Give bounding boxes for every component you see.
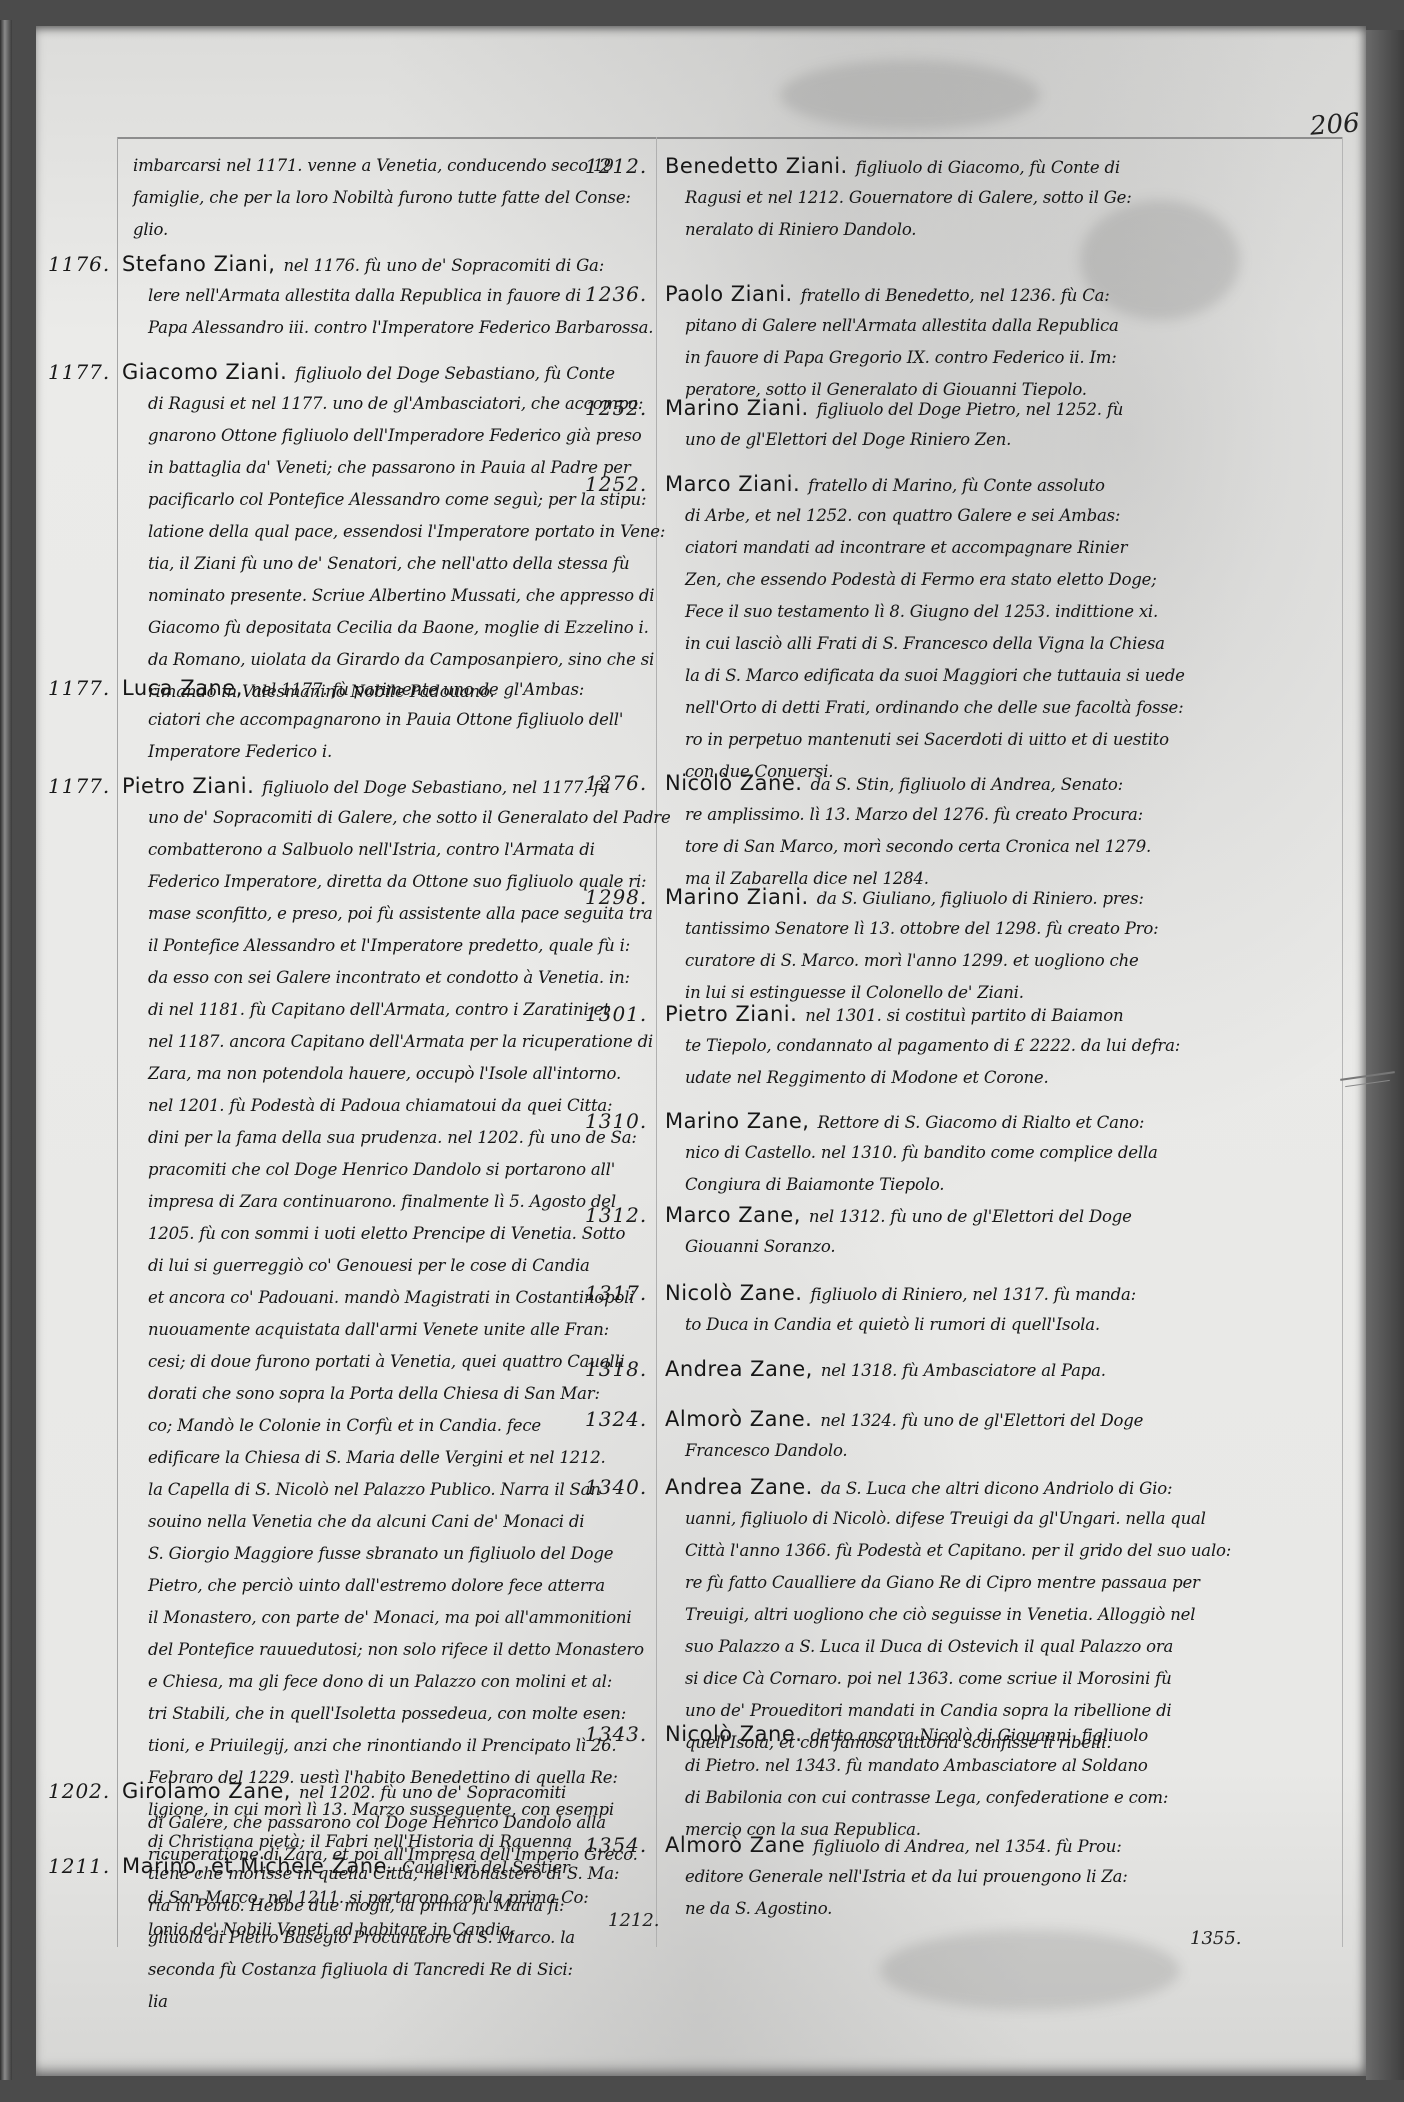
- catchword-right: 1355.: [1190, 1928, 1242, 1949]
- entry-year: 1177.: [48, 360, 110, 384]
- page-right-shadow: [1366, 30, 1404, 2080]
- entry-year: 1301.: [585, 1002, 647, 1026]
- entry-text: Pietro Ziani.nel 1301. si costituì parti…: [665, 998, 1180, 1094]
- line-text: nel 1324. fù uno de gl'Elettori del Doge: [820, 1411, 1143, 1430]
- line-text: Caualieri del Sestier: [402, 1858, 569, 1877]
- entry-line: curatore di S. Marco. morì l'anno 1299. …: [685, 945, 1158, 977]
- line-text: nel 1318. fù Ambasciatore al Papa.: [821, 1361, 1106, 1380]
- entry-line: Treuigi, altri uogliono che ciò seguisse…: [685, 1599, 1231, 1631]
- entry-line: uno de' Sopracomiti di Galere, che sotto…: [148, 802, 671, 834]
- entry-text: Andrea Zane.da S. Luca che altri dicono …: [665, 1471, 1231, 1759]
- person-name: Marino Ziani.: [665, 885, 809, 909]
- person-name: Marco Zane,: [665, 1203, 801, 1227]
- entry-line: in cui lasciò alli Frati di S. Francesco…: [685, 628, 1185, 660]
- entry-line: seconda fù Costanza figliuola di Tancred…: [148, 1954, 671, 1986]
- entry-line: latione della qual pace, essendosi l'Imp…: [148, 516, 665, 548]
- entry-line: nell'Orto di detti Frati, ordinando che …: [685, 692, 1185, 724]
- line-text: figliuolo di Andrea, nel 1354. fù Prou:: [813, 1837, 1121, 1856]
- entry-line: Pietro, che perciò uinto dall'estremo do…: [148, 1570, 671, 1602]
- person-name: Marino, et Michele Zane.: [122, 1854, 394, 1878]
- entry-year: 1343.: [585, 1722, 647, 1746]
- entry-year: 1202.: [48, 1779, 110, 1803]
- entry-line: Almorò Zanefigliuolo di Andrea, nel 1354…: [665, 1829, 1128, 1861]
- line-text: nel 1176. fù uno de' Sopracomiti di Ga:: [284, 256, 605, 275]
- entry-line: uno de gl'Elettori del Doge Riniero Zen.: [685, 424, 1123, 456]
- entry-line: Imperatore Federico i.: [148, 736, 623, 768]
- entry-line: Marino Ziani.figliuolo del Doge Pietro, …: [665, 392, 1123, 424]
- line-text: fratello di Benedetto, nel 1236. fù Ca:: [801, 286, 1110, 305]
- entry-line: lonia de' Nobili Veneti ad habitare in C…: [148, 1914, 589, 1946]
- entry-line: ne da S. Agostino.: [685, 1893, 1128, 1925]
- entry-line: Congiura di Baiamonte Tiepolo.: [685, 1169, 1158, 1201]
- person-name: Giacomo Ziani.: [122, 360, 287, 384]
- entry-text: Almorò Zane.nel 1324. fù uno de gl'Elett…: [665, 1403, 1143, 1467]
- line-text: nel 1301. si costituì partito di Baiamon: [805, 1006, 1123, 1025]
- entry-line: combatterono a Salbuolo nell'Istria, con…: [148, 834, 671, 866]
- entry-line: tore di San Marco, morì secondo certa Cr…: [685, 831, 1151, 863]
- entry-year: 1176.: [48, 252, 110, 276]
- entry-line: Zen, che essendo Podestà di Fermo era st…: [685, 564, 1185, 596]
- line-text: figliuolo del Doge Sebastiano, nel 1177.…: [262, 778, 609, 797]
- person-name: Pietro Ziani.: [122, 774, 254, 798]
- entry-line: Nicolò Zane.da S. Stin, figliuolo di And…: [665, 767, 1151, 799]
- line-text: figliuolo di Giacomo, fù Conte di: [856, 158, 1120, 177]
- entry-line: di San Marco, nel 1211. si portarono con…: [148, 1882, 589, 1914]
- entry-line: re fù fatto Caualliere da Giano Re di Ci…: [685, 1567, 1231, 1599]
- ruled-margin-right: [1342, 137, 1343, 1947]
- entry-line: di Babilonia con cui contrasse Lega, con…: [685, 1782, 1168, 1814]
- line-text: figliuolo del Doge Sebastiano, fù Conte: [295, 364, 615, 383]
- person-name: Marco Ziani.: [665, 472, 800, 496]
- entry-line: il Pontefice Alessandro et l'Imperatore …: [148, 930, 671, 962]
- entry-line: Marino Ziani.da S. Giuliano, figliuolo d…: [665, 881, 1158, 913]
- entry-line: Benedetto Ziani.figliuolo di Giacomo, fù…: [665, 150, 1132, 182]
- person-name: Andrea Zane,: [665, 1357, 813, 1381]
- person-name: Marino Zane,: [665, 1109, 809, 1133]
- entry-year: 1324.: [585, 1407, 647, 1431]
- entry-text: Paolo Ziani.fratello di Benedetto, nel 1…: [665, 278, 1119, 406]
- entry-line: da esso con sei Galere incontrato et con…: [148, 962, 671, 994]
- entry-line: Marco Ziani.fratello di Marino, fù Conte…: [665, 468, 1185, 500]
- entry-year: 1252.: [585, 396, 647, 420]
- entry-line: ciatori mandati ad incontrare et accompa…: [685, 532, 1185, 564]
- entry-year: 1212.: [585, 154, 647, 178]
- entry-line: tantissimo Senatore lì 13. ottobre del 1…: [685, 913, 1158, 945]
- entry-line: dorati che sono sopra la Porta della Chi…: [148, 1378, 671, 1410]
- person-name: Almorò Zane: [665, 1833, 805, 1857]
- entry-text: Marco Zane,nel 1312. fù uno de gl'Eletto…: [665, 1199, 1132, 1263]
- book-binding-edge: [0, 20, 12, 2080]
- entry-year: 1340.: [585, 1475, 647, 1499]
- entry-line: Ragusi et nel 1212. Gouernatore di Galer…: [685, 182, 1132, 214]
- entry-text: Marino, et Michele Zane.Caualieri del Se…: [128, 1850, 589, 1946]
- entry-line: udate nel Reggimento di Modone et Corone…: [685, 1062, 1180, 1094]
- person-name: Nicolò Zane.: [665, 1722, 802, 1746]
- entry-line: nico di Castello. nel 1310. fù bandito c…: [685, 1137, 1158, 1169]
- entry-line: Girolamo Zane,nel 1202. fù uno de' Sopra…: [122, 1775, 638, 1807]
- entry-line: Luca Zane,nel 1177. fù parimente uno de …: [122, 672, 623, 704]
- line-text: da S. Stin, figliuolo di Andrea, Senato:: [810, 775, 1123, 794]
- entry-line: Andrea Zane.da S. Luca che altri dicono …: [665, 1471, 1231, 1503]
- entry-line: di Arbe, et nel 1252. con quattro Galere…: [685, 500, 1185, 532]
- entry-text: Andrea Zane,nel 1318. fù Ambasciatore al…: [665, 1353, 1106, 1385]
- entry-text: Nicolò Zane.da S. Stin, figliuolo di And…: [665, 767, 1151, 895]
- entry-line: Papa Alessandro iii. contro l'Imperatore…: [148, 312, 653, 344]
- person-name: Almorò Zane.: [665, 1407, 812, 1431]
- entry-line: gnarono Ottone figliuolo dell'Imperadore…: [148, 420, 665, 452]
- entry-line: Fece il suo testamento lì 8. Giugno del …: [685, 596, 1185, 628]
- person-name: Stefano Ziani,: [122, 252, 276, 276]
- entry-line: edificare la Chiesa di S. Maria delle Ve…: [148, 1442, 671, 1474]
- entry-line: si dice Cà Cornaro. poi nel 1363. come s…: [685, 1663, 1231, 1695]
- entry-year: 1310.: [585, 1109, 647, 1133]
- entry-year: 1312.: [585, 1203, 647, 1227]
- entry-line: re amplissimo. lì 13. Marzo del 1276. fù…: [685, 799, 1151, 831]
- entry-line: neralato di Riniero Dandolo.: [685, 214, 1132, 246]
- line-text: fratello di Marino, fù Conte assoluto: [808, 476, 1105, 495]
- entry-line: Zara, ma non potendola hauere, occupò l'…: [148, 1058, 671, 1090]
- line-text: figliuolo del Doge Pietro, nel 1252. fù: [817, 400, 1124, 419]
- entry-text: Marino Ziani.da S. Giuliano, figliuolo d…: [665, 881, 1158, 1009]
- entry-line: imbarcarsi nel 1171. venne a Venetia, co…: [133, 150, 631, 182]
- entry-year: 1318.: [585, 1357, 647, 1381]
- line-text: Rettore di S. Giacomo di Rialto et Cano:: [817, 1113, 1144, 1132]
- line-text: nel 1202. fù uno de' Sopracomiti: [299, 1783, 566, 1802]
- entry-line: ro in perpetuo mantenuti sei Sacerdoti d…: [685, 724, 1185, 756]
- line-text: detto ancora Nicolò di Giouanni. figliuo…: [810, 1726, 1148, 1745]
- stain: [780, 60, 1040, 130]
- entry-line: tia, il Ziani fù uno de' Senatori, che n…: [148, 548, 665, 580]
- entry-line: souino nella Venetia che da alcuni Cani …: [148, 1506, 671, 1538]
- entry-line: Marino, et Michele Zane.Caualieri del Se…: [122, 1850, 589, 1882]
- person-name: Girolamo Zane,: [122, 1779, 291, 1803]
- entry-line: uanni, figliuolo di Nicolò. difese Treui…: [685, 1503, 1231, 1535]
- entry-line: suo Palazzo a S. Luca il Duca di Ostevic…: [685, 1631, 1231, 1663]
- entry-line: Paolo Ziani.fratello di Benedetto, nel 1…: [665, 278, 1119, 310]
- person-name: Benedetto Ziani.: [665, 154, 848, 178]
- entry-line: Almorò Zane.nel 1324. fù uno de gl'Elett…: [665, 1403, 1143, 1435]
- entry-year: 1317.: [585, 1281, 647, 1305]
- person-name: Nicolò Zane.: [665, 1281, 802, 1305]
- entry-line: editore Generale nell'Istria et da lui p…: [685, 1861, 1128, 1893]
- entry-text: Marco Ziani.fratello di Marino, fù Conte…: [665, 468, 1185, 788]
- entry-line: Francesco Dandolo.: [685, 1435, 1143, 1467]
- entry-text: Marino Ziani.figliuolo del Doge Pietro, …: [665, 392, 1123, 456]
- person-name: Luca Zane,: [122, 676, 243, 700]
- entry-line: te Tiepolo, condannato al pagamento di £…: [685, 1030, 1180, 1062]
- entry-year: 1211.: [48, 1854, 110, 1878]
- entry-line: il Monastero, con parte de' Monaci, ma p…: [148, 1602, 671, 1634]
- ruled-line-top: [117, 137, 1342, 139]
- entry-year: 1236.: [585, 282, 647, 306]
- entry-text: Nicolò Zane.detto ancora Nicolò di Gioua…: [665, 1718, 1168, 1846]
- entry-line: la di S. Marco edificata da suoi Maggior…: [685, 660, 1185, 692]
- entry-year: 1354.: [585, 1833, 647, 1857]
- entry-text: Almorò Zanefigliuolo di Andrea, nel 1354…: [665, 1829, 1128, 1925]
- entry-line: nel 1187. ancora Capitano dell'Armata pe…: [148, 1026, 671, 1058]
- entry-line: S. Giorgio Maggiore fusse sbranato un fi…: [148, 1538, 671, 1570]
- entry-year: 1298.: [585, 885, 647, 909]
- entry-line: ciatori che accompagnarono in Pauia Otto…: [148, 704, 623, 736]
- entry-line: Marino Zane,Rettore di S. Giacomo di Ria…: [665, 1105, 1158, 1137]
- entry-line: pitano di Galere nell'Armata allestita d…: [685, 310, 1119, 342]
- entry-line: Stefano Ziani,nel 1176. fù uno de' Sopra…: [122, 248, 653, 280]
- entry-year: 1276.: [585, 771, 647, 795]
- entry-line: Città l'anno 1366. fù Podestà et Capitan…: [685, 1535, 1231, 1567]
- person-name: Pietro Ziani.: [665, 1002, 797, 1026]
- entry-text: Nicolò Zane.figliuolo di Riniero, nel 13…: [665, 1277, 1136, 1341]
- entry-line: di Galere, che passarono col Doge Henric…: [148, 1807, 638, 1839]
- entry-text: Luca Zane,nel 1177. fù parimente uno de …: [128, 672, 623, 768]
- entry-line: di Pietro. nel 1343. fù mandato Ambascia…: [685, 1750, 1168, 1782]
- entry-text: Benedetto Ziani.figliuolo di Giacomo, fù…: [665, 150, 1132, 246]
- line-text: nel 1312. fù uno de gl'Elettori del Doge: [809, 1207, 1132, 1226]
- entry-text: Marino Zane,Rettore di S. Giacomo di Ria…: [665, 1105, 1158, 1201]
- entry-year: 1177.: [48, 676, 110, 700]
- entry-line: in fauore di Papa Gregorio IX. contro Fe…: [685, 342, 1119, 374]
- entry-year: 1252.: [585, 472, 647, 496]
- catchword-left: 1212.: [608, 1910, 660, 1931]
- ruled-margin-left: [117, 137, 118, 1947]
- entry-line: glio.: [133, 214, 631, 246]
- entry-year: 1177.: [48, 774, 110, 798]
- entry-line: to Duca in Candia et quietò li rumori di…: [685, 1309, 1136, 1341]
- stain: [880, 1930, 1180, 2010]
- entry-line: e Chiesa, ma gli fece dono di un Palazzo…: [148, 1666, 671, 1698]
- entry-line: pracomiti che col Doge Henrico Dandolo s…: [148, 1154, 671, 1186]
- line-text: figliuolo di Riniero, nel 1317. fù manda…: [810, 1285, 1136, 1304]
- line-text: nel 1177. fù parimente uno de gl'Ambas:: [251, 680, 584, 699]
- line-text: da S. Luca che altri dicono Andriolo di …: [821, 1479, 1173, 1498]
- entry-text: Stefano Ziani,nel 1176. fù uno de' Sopra…: [128, 248, 653, 344]
- entry-line: Pietro Ziani.nel 1301. si costituì parti…: [665, 998, 1180, 1030]
- entry-line: lere nell'Armata allestita dalla Republi…: [148, 280, 653, 312]
- entry-text: imbarcarsi nel 1171. venne a Venetia, co…: [133, 150, 631, 246]
- entry-line: Giouanni Soranzo.: [685, 1231, 1132, 1263]
- entry-line: lia: [148, 1986, 671, 2018]
- entry-line: Giacomo fù depositata Cecilia da Baone, …: [148, 612, 665, 644]
- entry-line: di lui si guerreggiò co' Genouesi per le…: [148, 1250, 671, 1282]
- person-name: Paolo Ziani.: [665, 282, 793, 306]
- entry-line: Nicolò Zane.detto ancora Nicolò di Gioua…: [665, 1718, 1168, 1750]
- entry-line: del Pontefice rauuedutosi; non solo rife…: [148, 1634, 671, 1666]
- person-name: Andrea Zane.: [665, 1475, 813, 1499]
- entry-line: nuouamente acquistata dall'armi Venete u…: [148, 1314, 671, 1346]
- line-text: da S. Giuliano, figliuolo di Riniero. pr…: [817, 889, 1144, 908]
- entry-line: Nicolò Zane.figliuolo di Riniero, nel 13…: [665, 1277, 1136, 1309]
- entry-line: famiglie, che per la loro Nobiltà furono…: [133, 182, 631, 214]
- person-name: Nicolò Zane.: [665, 771, 802, 795]
- entry-line: Marco Zane,nel 1312. fù uno de gl'Eletto…: [665, 1199, 1132, 1231]
- person-name: Marino Ziani.: [665, 396, 809, 420]
- entry-line: Andrea Zane,nel 1318. fù Ambasciatore al…: [665, 1353, 1106, 1385]
- entry-line: Giacomo Ziani.figliuolo del Doge Sebasti…: [122, 356, 665, 388]
- entry-line: nominato presente. Scriue Albertino Muss…: [148, 580, 665, 612]
